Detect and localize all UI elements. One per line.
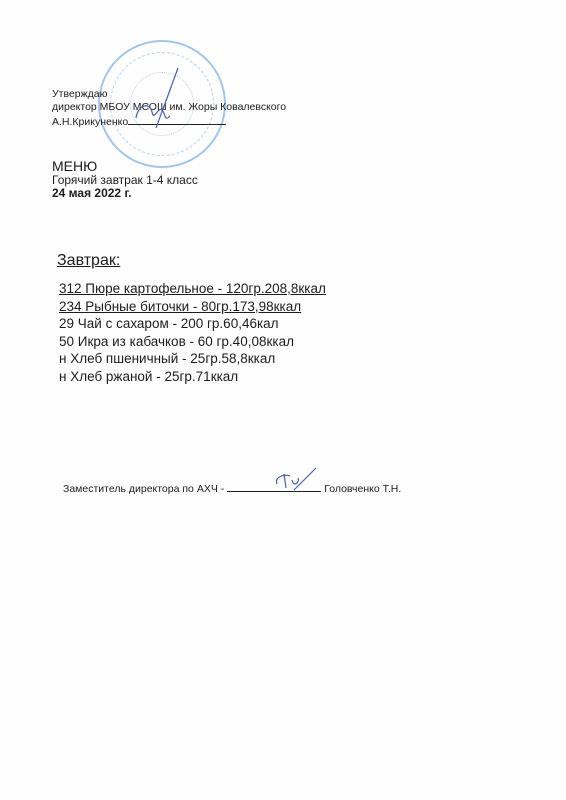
menu-items-list: 312 Пюре картофельное - 120гр.208,8ккал2… bbox=[59, 280, 326, 385]
menu-item: н Хлеб ржаной - 25гр.71ккал bbox=[59, 368, 326, 386]
approval-name: А.Н.Крикуненко bbox=[52, 116, 128, 128]
menu-subtitle: Горячий завтрак 1-4 класс bbox=[52, 173, 198, 187]
deputy-role: Заместитель директора по АХЧ - bbox=[63, 483, 224, 495]
deputy-signature-block: Заместитель директора по АХЧ -Головченко… bbox=[63, 481, 401, 495]
menu-item: 234 Рыбные биточки - 80гр.173,98ккал bbox=[59, 298, 326, 316]
menu-item: н Хлеб пшеничный - 25гр.58,8ккал bbox=[59, 350, 326, 368]
section-title: Завтрак: bbox=[57, 252, 120, 270]
deputy-signature bbox=[272, 466, 332, 496]
director-signature bbox=[128, 66, 188, 136]
menu-item: 312 Пюре картофельное - 120гр.208,8ккал bbox=[59, 280, 326, 298]
menu-date: 24 мая 2022 г. bbox=[52, 186, 132, 200]
menu-item: 29 Чай с сахаром - 200 гр.60,46кал bbox=[59, 315, 326, 333]
menu-title: МЕНЮ bbox=[52, 158, 97, 174]
menu-item: 50 Икра из кабачков - 60 гр.40,08ккал bbox=[59, 333, 326, 351]
deputy-name: Головченко Т.Н. bbox=[324, 483, 401, 495]
